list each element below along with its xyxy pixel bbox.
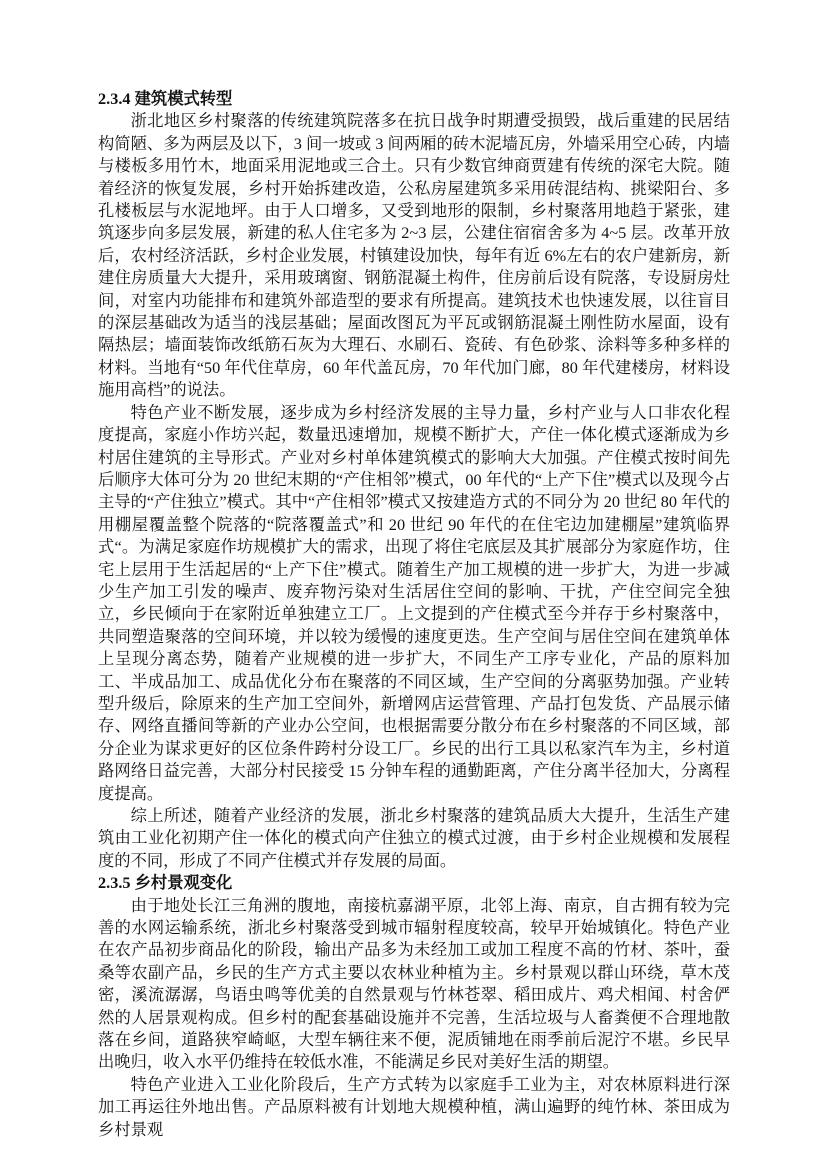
text-column: 2.3.4 建筑模式转型 浙北地区乡村聚落的传统建筑院落多在抗日战争时期遭受损毁… <box>98 88 730 1141</box>
paragraph: 综上所述，随着产业经济的发展，浙北乡村聚落的建筑品质大大提升，生活生产建筑由工业… <box>98 805 730 872</box>
section-heading-2-3-4: 2.3.4 建筑模式转型 <box>98 88 730 110</box>
paragraph: 特色产业进入工业化阶段后，生产方式转为以家庭手工业为主，对农林原料进行深加工再运… <box>98 1074 730 1141</box>
paragraph: 浙北地区乡村聚落的传统建筑院落多在抗日战争时期遭受损毁，战后重建的民居结构简陋、… <box>98 110 730 401</box>
paragraph: 由于地处长江三角洲的腹地，南接杭嘉湖平原，北邻上海、南京，自古拥有较为完善的水网… <box>98 895 730 1074</box>
section-heading-2-3-5: 2.3.5 乡村景观变化 <box>98 872 730 894</box>
paragraph: 特色产业不断发展，逐步成为乡村经济发展的主导力量，乡村产业与人口非农化程度提高，… <box>98 402 730 805</box>
document-page: 2.3.4 建筑模式转型 浙北地区乡村聚落的传统建筑院落多在抗日战争时期遭受损毁… <box>0 0 828 1171</box>
